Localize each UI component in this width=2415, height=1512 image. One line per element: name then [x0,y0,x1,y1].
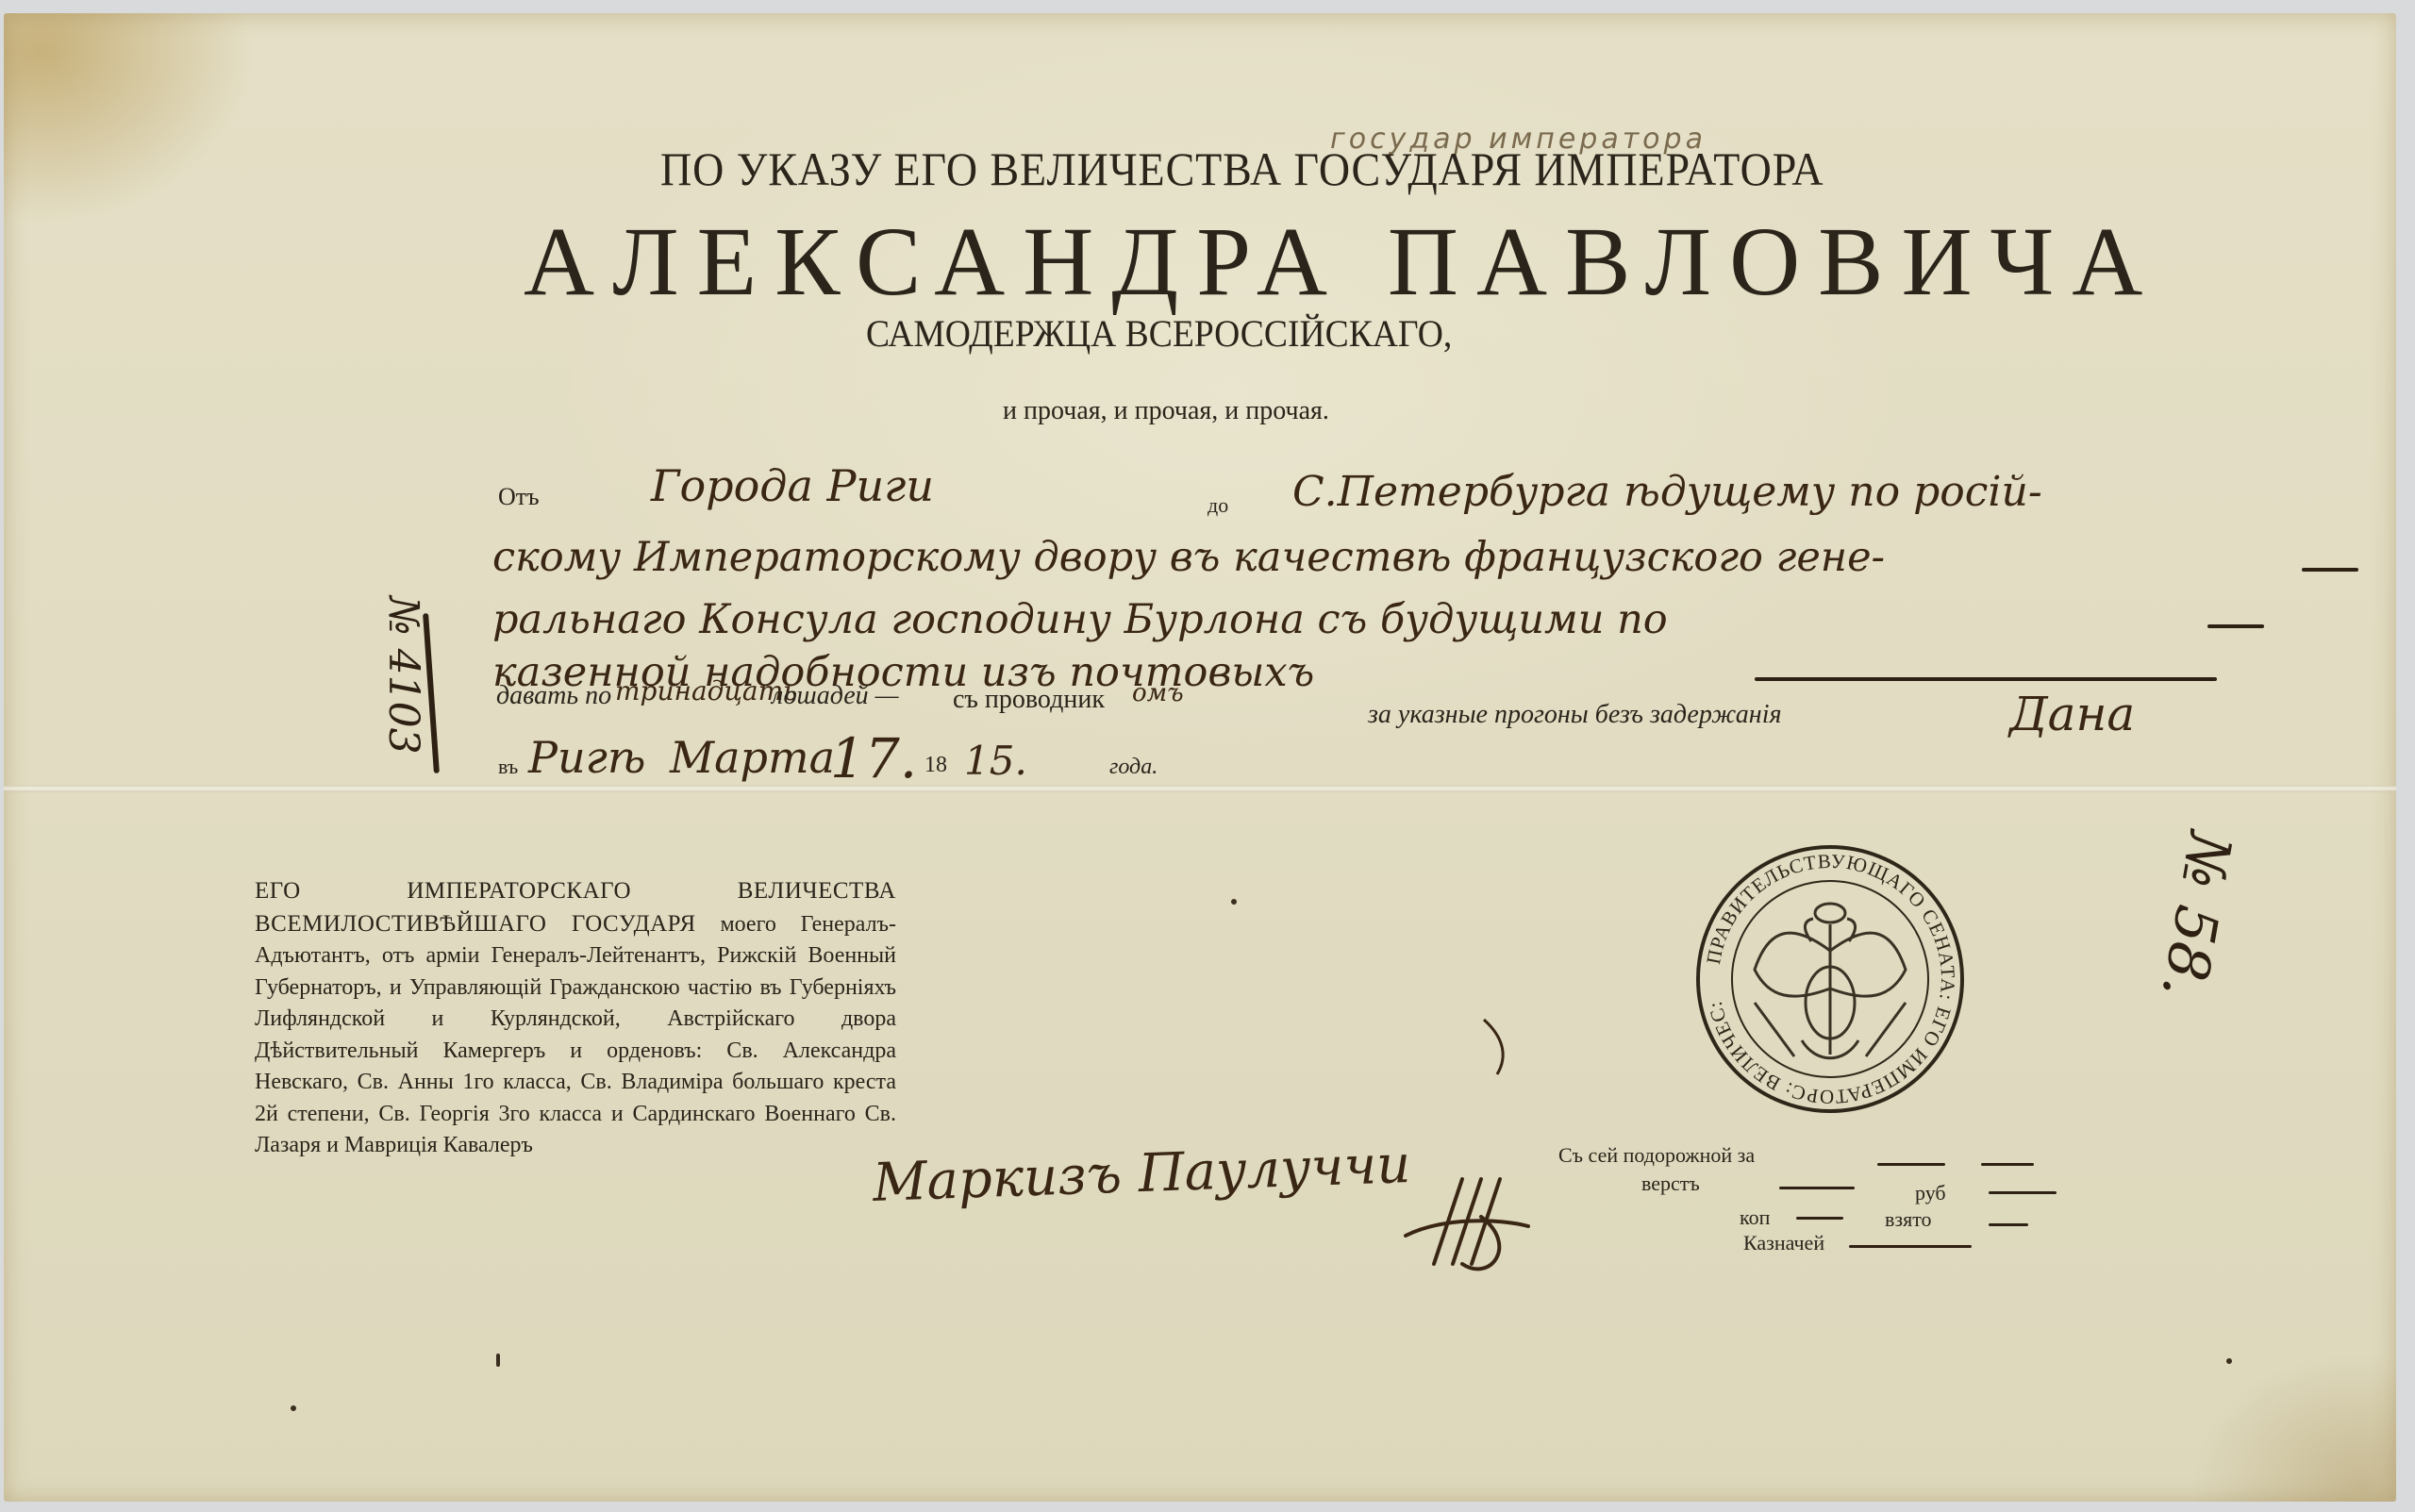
line-filler [1755,677,2217,681]
printed-give: давать по [496,681,611,711]
signature-flourish-icon [1387,1160,1538,1283]
kop-blank [1796,1217,1843,1220]
body-line-2: скому Императорскому двору въ качествѣ ф… [492,534,1885,581]
treasurer-label: Казначей [1743,1231,1824,1255]
fees-line-1: Съ сей подорожной за [1558,1143,1755,1168]
rub-blank [1989,1191,2057,1194]
date-year-printed: 18 [924,753,947,778]
date-month: Марта [670,732,835,783]
fee-blank [1981,1163,2034,1166]
printed-fees-clause: за указные прогоны безъ задержанія [1368,700,1781,730]
etcetera-line: и прочая, и прочая, и прочая. [1003,396,1329,426]
decree-heading: ПО УКАЗУ ЕГО ВЕЛИЧЕСТВА ГОСУДАРЯ ИМПЕРАТ… [660,141,1824,196]
from-city: Города Риги [651,460,934,511]
taken-blank [1989,1223,2028,1226]
autocrat-title: САМОДЕРЖЦА ВСЕРОССІЙСКАГО, [866,311,1452,356]
body-line-3: ральнаго Консула господину Бурлона съ бу… [492,596,1668,643]
issuer-text: моего Генералъ-Адъютантъ, отъ арміи Гене… [255,912,896,1158]
ink-speck [496,1354,500,1367]
ink-speck [291,1405,296,1411]
rub-label: руб [1915,1181,1946,1205]
horses-count: тринадцать [615,675,797,706]
date-day: 17. [830,726,917,790]
issuer-block: ЕГО ИМПЕРАТОРСКАГО ВЕЛИЧЕСТВА ВСЕМИЛОСТИ… [255,875,896,1162]
treasurer-blank [1849,1245,1972,1248]
from-label: Отъ [498,483,540,511]
ink-speck [1231,899,1237,905]
paper-fold [4,785,2396,792]
to-label: до [1207,493,1228,518]
printed-guide: съ проводник [953,685,1105,715]
fee-blank [1877,1163,1945,1166]
body-line-1: С.Петербурга ѣдущему по росій- [1292,468,2042,516]
taken-label: взято [1885,1207,1932,1232]
register-number-left: № 4103 [379,596,427,755]
date-year-hand: 15. [964,738,1027,784]
date-prefix: въ [498,755,518,779]
line-filler [2207,624,2264,628]
printed-horses: лошадей — [772,681,899,711]
date-suffix: года. [1109,755,1158,780]
pen-mark-icon [1476,1014,1524,1080]
verst-blank [1779,1187,1855,1189]
senate-seal-icon: ПРАВИТЕЛЬСТВУЮЩАГО СЕНАТА: ЕГО ИМПЕРАТОР… [1689,838,1972,1121]
given-word: Дана [2009,687,2135,741]
ink-speck [2226,1358,2232,1364]
line-filler [2302,568,2358,572]
date-place: Ригѣ [528,732,645,783]
verst-label: верстъ [1641,1171,1700,1196]
guide-suffix: омъ [1132,679,1184,707]
emperor-name: АЛЕКСАНДРА ПАВЛОВИЧА [524,206,2160,318]
kop-label: коп [1740,1205,1770,1230]
